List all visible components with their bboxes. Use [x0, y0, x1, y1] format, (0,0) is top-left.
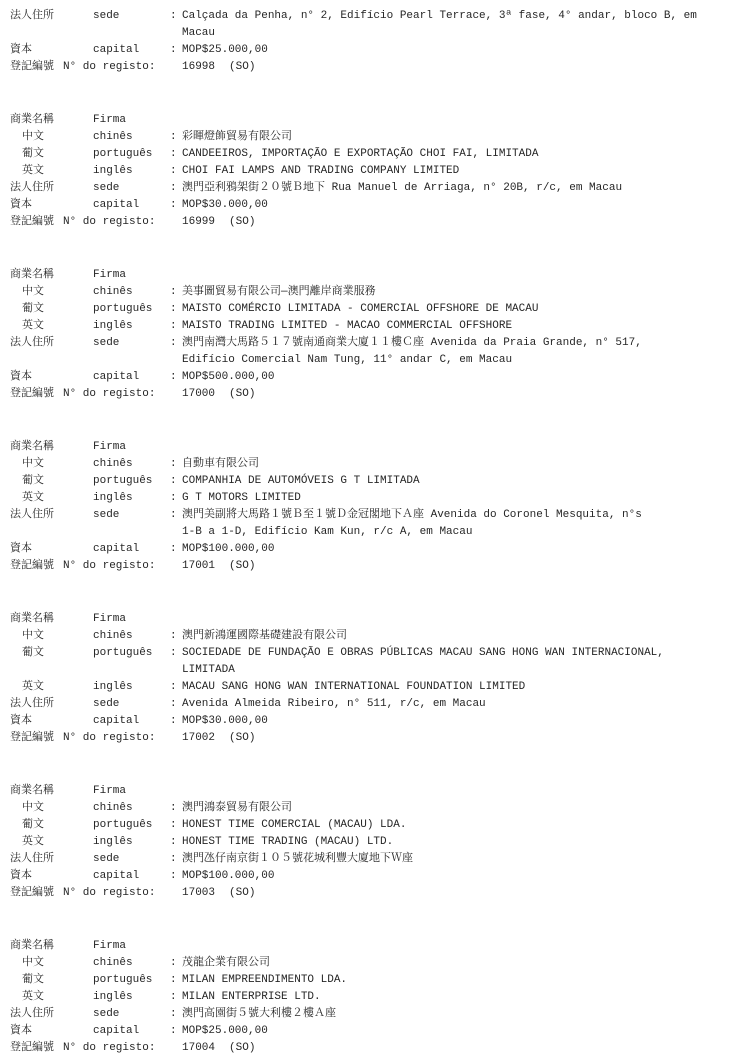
label-portuguese-pt: português	[93, 473, 170, 490]
label-business-name-zh: 商業名稱	[0, 112, 93, 129]
label-registration-pt: N° do registo:	[63, 1040, 182, 1054]
colon: :	[170, 284, 182, 301]
registration-number: 17001	[182, 560, 215, 572]
label-chinese-zh: 中文	[0, 955, 93, 972]
address-row: 法人住所 sede : 澳門南灣大馬路５１７號南通商業大廈１１樓Ｃ座 Aveni…	[0, 335, 736, 369]
colon: :	[170, 180, 182, 197]
english-name-row: 英文 inglês : MILAN ENTERPRISE LTD.	[0, 989, 736, 1006]
capital-value: MOP$100.000,00	[182, 868, 736, 885]
registration-value: 17001(SO)	[182, 558, 736, 575]
label-english-zh: 英文	[0, 318, 93, 335]
capital-row: 資本 capital : MOP$100.000,00	[0, 868, 736, 885]
registration-value: 17004(SO)	[182, 1040, 736, 1054]
label-business-name-pt: Firma	[93, 439, 170, 456]
label-address-pt: sede	[93, 8, 170, 25]
label-business-name-pt: Firma	[93, 783, 170, 800]
english-name-value: MILAN ENTERPRISE LTD.	[182, 989, 736, 1006]
colon: :	[170, 628, 182, 645]
registration-number: 16999	[182, 216, 215, 228]
label-english-zh: 英文	[0, 163, 93, 180]
registration-number: 16998	[182, 61, 215, 73]
colon: :	[170, 8, 182, 25]
label-address-zh: 法人住所	[0, 8, 93, 25]
registration-suffix: (SO)	[229, 1042, 255, 1054]
label-portuguese-pt: português	[93, 645, 170, 662]
label-registration-pt: N° do registo:	[63, 558, 182, 575]
label-business-name-pt: Firma	[93, 611, 170, 628]
address-row: 法人住所 sede : 澳門氹仔南京街１０５號花城利豐大廈地下Ｗ座	[0, 851, 736, 868]
colon: :	[170, 129, 182, 146]
label-registration-pt: N° do registo:	[63, 214, 182, 231]
registration-row: 登記編號 N° do registo: 16999(SO)	[0, 214, 736, 231]
label-english-zh: 英文	[0, 989, 93, 1006]
colon: :	[170, 955, 182, 972]
label-capital-zh: 資本	[0, 713, 93, 730]
label-registration-pt: N° do registo:	[63, 386, 182, 403]
chinese-name-row: 中文 chinês : 美事圖貿易有限公司—澳門離岸商業服務	[0, 284, 736, 301]
label-chinese-pt: chinês	[93, 129, 170, 146]
colon: :	[170, 696, 182, 713]
label-chinese-zh: 中文	[0, 456, 93, 473]
address-value: 澳門南灣大馬路５１７號南通商業大廈１１樓Ｃ座 Avenida da Praia …	[182, 335, 736, 369]
chinese-name-value: 自動車有限公司	[182, 456, 736, 473]
label-registration-zh: 登記編號	[0, 1040, 63, 1054]
registry-entry-partial: 法人住所 sede : Calçada da Penha, n° 2, Edif…	[0, 8, 736, 76]
label-address-pt: sede	[93, 507, 170, 524]
label-portuguese-pt: português	[93, 972, 170, 989]
english-name-value: MACAU SANG HONG WAN INTERNATIONAL FOUNDA…	[182, 679, 736, 696]
label-capital-zh: 資本	[0, 197, 93, 214]
label-chinese-zh: 中文	[0, 800, 93, 817]
label-capital-zh: 資本	[0, 42, 93, 59]
label-portuguese-zh: 葡文	[0, 817, 93, 834]
address-value: 澳門氹仔南京街１０５號花城利豐大廈地下Ｗ座	[182, 851, 736, 868]
registration-number: 17004	[182, 1042, 215, 1054]
label-business-name-zh: 商業名稱	[0, 611, 93, 628]
registration-row: 登記編號 N° do registo: 17002(SO)	[0, 730, 736, 747]
portuguese-name-value: CANDEEIROS, IMPORTAÇÃO E EXPORTAÇÃO CHOI…	[182, 146, 736, 163]
capital-row: 資本 capital : MOP$25.000,00	[0, 42, 736, 59]
business-name-row: 商業名稱 Firma	[0, 938, 736, 955]
business-name-row: 商業名稱 Firma	[0, 112, 736, 129]
english-name-row: 英文 inglês : CHOI FAI LAMPS AND TRADING C…	[0, 163, 736, 180]
colon: :	[170, 456, 182, 473]
colon: :	[170, 490, 182, 507]
chinese-name-row: 中文 chinês : 茂龍企業有限公司	[0, 955, 736, 972]
registration-value: 16998(SO)	[182, 59, 736, 76]
portuguese-name-row: 葡文 português : MAISTO COMÉRCIO LIMITADA …	[0, 301, 736, 318]
label-address-pt: sede	[93, 1006, 170, 1023]
colon: :	[170, 679, 182, 696]
registry-page: 法人住所 sede : Calçada da Penha, n° 2, Edif…	[0, 0, 736, 1054]
business-name-row: 商業名稱 Firma	[0, 783, 736, 800]
portuguese-name-row: 葡文 português : CANDEEIROS, IMPORTAÇÃO E …	[0, 146, 736, 163]
portuguese-name-row: 葡文 português : MILAN EMPREENDIMENTO LDA.	[0, 972, 736, 989]
registry-entry: 商業名稱 Firma 中文 chinês : 彩暉燈飾貿易有限公司 葡文 por…	[0, 112, 736, 231]
registration-suffix: (SO)	[229, 887, 255, 899]
label-registration-zh: 登記編號	[0, 558, 63, 575]
colon: :	[170, 851, 182, 868]
capital-value: MOP$25.000,00	[182, 1023, 736, 1040]
label-english-pt: inglês	[93, 679, 170, 696]
capital-row: 資本 capital : MOP$30.000,00	[0, 197, 736, 214]
registration-row: 登記編號 N° do registo: 17004(SO)	[0, 1040, 736, 1054]
label-capital-pt: capital	[93, 1023, 170, 1040]
label-address-pt: sede	[93, 696, 170, 713]
label-portuguese-pt: português	[93, 146, 170, 163]
colon: :	[170, 1023, 182, 1040]
capital-value: MOP$25.000,00	[182, 42, 736, 59]
colon: :	[170, 369, 182, 386]
label-address-zh: 法人住所	[0, 851, 93, 868]
registration-value: 16999(SO)	[182, 214, 736, 231]
english-name-value: MAISTO TRADING LIMITED - MACAO COMMERCIA…	[182, 318, 736, 335]
registration-row: 登記編號 N° do registo: 16998(SO)	[0, 59, 736, 76]
colon: :	[170, 1006, 182, 1023]
address-row: 法人住所 sede : 澳門高園街５號大利樓２樓Ａ座	[0, 1006, 736, 1023]
chinese-name-row: 中文 chinês : 自動車有限公司	[0, 456, 736, 473]
address-row: 法人住所 sede : 澳門亞利鴉架街２０號Ｂ地下 Rua Manuel de …	[0, 180, 736, 197]
portuguese-name-value: HONEST TIME COMERCIAL (MACAU) LDA.	[182, 817, 736, 834]
label-address-zh: 法人住所	[0, 180, 93, 197]
registry-entry: 商業名稱 Firma 中文 chinês : 澳門鴻泰貿易有限公司 葡文 por…	[0, 783, 736, 902]
portuguese-name-value: COMPANHIA DE AUTOMÓVEIS G T LIMITADA	[182, 473, 736, 490]
address-row: 法人住所 sede : 澳門美副將大馬路１號Ｂ至１號Ｄ金冠閣地下Ａ座 Aveni…	[0, 507, 736, 541]
label-registration-zh: 登記編號	[0, 885, 63, 902]
label-portuguese-pt: português	[93, 301, 170, 318]
label-english-zh: 英文	[0, 490, 93, 507]
label-registration-pt: N° do registo:	[63, 59, 182, 76]
address-row: 法人住所 sede : Calçada da Penha, n° 2, Edif…	[0, 8, 736, 42]
colon: :	[170, 507, 182, 524]
registration-number: 17000	[182, 388, 215, 400]
registry-entries: 商業名稱 Firma 中文 chinês : 彩暉燈飾貿易有限公司 葡文 por…	[0, 112, 736, 1054]
label-business-name-pt: Firma	[93, 112, 170, 129]
label-portuguese-zh: 葡文	[0, 473, 93, 490]
label-registration-zh: 登記編號	[0, 214, 63, 231]
colon: :	[170, 868, 182, 885]
address-value: 澳門美副將大馬路１號Ｂ至１號Ｄ金冠閣地下Ａ座 Avenida do Corone…	[182, 507, 736, 541]
colon: :	[170, 146, 182, 163]
address-row: 法人住所 sede : Avenida Almeida Ribeiro, n° …	[0, 696, 736, 713]
label-business-name-zh: 商業名稱	[0, 439, 93, 456]
chinese-name-row: 中文 chinês : 澳門鴻泰貿易有限公司	[0, 800, 736, 817]
address-value: 澳門亞利鴉架街２０號Ｂ地下 Rua Manuel de Arriaga, n° …	[182, 180, 736, 197]
label-chinese-pt: chinês	[93, 456, 170, 473]
label-address-zh: 法人住所	[0, 507, 93, 524]
colon: :	[170, 713, 182, 730]
label-portuguese-zh: 葡文	[0, 146, 93, 163]
label-address-pt: sede	[93, 335, 170, 352]
registration-suffix: (SO)	[229, 216, 255, 228]
registry-entry: 商業名稱 Firma 中文 chinês : 自動車有限公司 葡文 portug…	[0, 439, 736, 575]
colon: :	[170, 163, 182, 180]
portuguese-name-row: 葡文 português : HONEST TIME COMERCIAL (MA…	[0, 817, 736, 834]
label-chinese-pt: chinês	[93, 284, 170, 301]
label-english-pt: inglês	[93, 318, 170, 335]
label-chinese-zh: 中文	[0, 129, 93, 146]
registration-suffix: (SO)	[229, 388, 255, 400]
label-english-zh: 英文	[0, 834, 93, 851]
label-english-pt: inglês	[93, 834, 170, 851]
portuguese-name-value: SOCIEDADE DE FUNDAÇÃO E OBRAS PÚBLICAS M…	[182, 645, 736, 679]
english-name-value: G T MOTORS LIMITED	[182, 490, 736, 507]
label-portuguese-pt: português	[93, 817, 170, 834]
registry-entry: 商業名稱 Firma 中文 chinês : 美事圖貿易有限公司—澳門離岸商業服…	[0, 267, 736, 403]
label-registration-pt: N° do registo:	[63, 885, 182, 902]
label-portuguese-zh: 葡文	[0, 301, 93, 318]
capital-row: 資本 capital : MOP$30.000,00	[0, 713, 736, 730]
chinese-name-value: 美事圖貿易有限公司—澳門離岸商業服務	[182, 284, 736, 301]
english-name-row: 英文 inglês : G T MOTORS LIMITED	[0, 490, 736, 507]
registration-value: 17000(SO)	[182, 386, 736, 403]
capital-value: MOP$500.000,00	[182, 369, 736, 386]
registration-suffix: (SO)	[229, 732, 255, 744]
colon: :	[170, 42, 182, 59]
registry-entry: 商業名稱 Firma 中文 chinês : 澳門新鴻運國際基礎建設有限公司 葡…	[0, 611, 736, 747]
label-chinese-zh: 中文	[0, 628, 93, 645]
registration-number: 17002	[182, 732, 215, 744]
colon: :	[170, 645, 182, 662]
registration-suffix: (SO)	[229, 61, 255, 73]
address-value: 澳門高園街５號大利樓２樓Ａ座	[182, 1006, 736, 1023]
colon: :	[170, 972, 182, 989]
business-name-row: 商業名稱 Firma	[0, 611, 736, 628]
colon: :	[170, 989, 182, 1006]
colon: :	[170, 197, 182, 214]
english-name-row: 英文 inglês : MACAU SANG HONG WAN INTERNAT…	[0, 679, 736, 696]
colon: :	[170, 800, 182, 817]
portuguese-name-value: MAISTO COMÉRCIO LIMITADA - COMERCIAL OFF…	[182, 301, 736, 318]
label-capital-zh: 資本	[0, 541, 93, 558]
capital-value: MOP$100.000,00	[182, 541, 736, 558]
label-chinese-zh: 中文	[0, 284, 93, 301]
label-capital-pt: capital	[93, 42, 170, 59]
registration-row: 登記編號 N° do registo: 17003(SO)	[0, 885, 736, 902]
colon: :	[170, 473, 182, 490]
label-capital-pt: capital	[93, 868, 170, 885]
capital-row: 資本 capital : MOP$100.000,00	[0, 541, 736, 558]
registration-number: 17003	[182, 887, 215, 899]
colon: :	[170, 817, 182, 834]
label-english-pt: inglês	[93, 163, 170, 180]
label-capital-pt: capital	[93, 369, 170, 386]
capital-value: MOP$30.000,00	[182, 713, 736, 730]
label-registration-zh: 登記編號	[0, 730, 63, 747]
colon: :	[170, 335, 182, 352]
registration-row: 登記編號 N° do registo: 17000(SO)	[0, 386, 736, 403]
label-business-name-zh: 商業名稱	[0, 783, 93, 800]
label-english-pt: inglês	[93, 989, 170, 1006]
label-address-zh: 法人住所	[0, 1006, 93, 1023]
portuguese-name-row: 葡文 português : COMPANHIA DE AUTOMÓVEIS G…	[0, 473, 736, 490]
label-address-pt: sede	[93, 851, 170, 868]
label-portuguese-zh: 葡文	[0, 972, 93, 989]
english-name-value: CHOI FAI LAMPS AND TRADING COMPANY LIMIT…	[182, 163, 736, 180]
registration-value: 17002(SO)	[182, 730, 736, 747]
label-capital-pt: capital	[93, 197, 170, 214]
portuguese-name-row: 葡文 português : SOCIEDADE DE FUNDAÇÃO E O…	[0, 645, 736, 679]
business-name-row: 商業名稱 Firma	[0, 439, 736, 456]
capital-row: 資本 capital : MOP$25.000,00	[0, 1023, 736, 1040]
colon: :	[170, 541, 182, 558]
chinese-name-value: 彩暉燈飾貿易有限公司	[182, 129, 736, 146]
colon: :	[170, 318, 182, 335]
chinese-name-value: 茂龍企業有限公司	[182, 955, 736, 972]
capital-row: 資本 capital : MOP$500.000,00	[0, 369, 736, 386]
label-capital-zh: 資本	[0, 369, 93, 386]
label-registration-zh: 登記編號	[0, 59, 63, 76]
chinese-name-value: 澳門新鴻運國際基礎建設有限公司	[182, 628, 736, 645]
chinese-name-value: 澳門鴻泰貿易有限公司	[182, 800, 736, 817]
label-registration-pt: N° do registo:	[63, 730, 182, 747]
registry-entry: 商業名稱 Firma 中文 chinês : 茂龍企業有限公司 葡文 portu…	[0, 938, 736, 1054]
label-address-zh: 法人住所	[0, 696, 93, 713]
label-business-name-pt: Firma	[93, 938, 170, 955]
label-address-pt: sede	[93, 180, 170, 197]
colon: :	[170, 301, 182, 318]
label-portuguese-zh: 葡文	[0, 645, 93, 662]
registration-row: 登記編號 N° do registo: 17001(SO)	[0, 558, 736, 575]
chinese-name-row: 中文 chinês : 彩暉燈飾貿易有限公司	[0, 129, 736, 146]
registration-suffix: (SO)	[229, 560, 255, 572]
label-capital-zh: 資本	[0, 1023, 93, 1040]
label-capital-zh: 資本	[0, 868, 93, 885]
registration-value: 17003(SO)	[182, 885, 736, 902]
label-chinese-pt: chinês	[93, 955, 170, 972]
english-name-row: 英文 inglês : MAISTO TRADING LIMITED - MAC…	[0, 318, 736, 335]
label-business-name-zh: 商業名稱	[0, 267, 93, 284]
label-business-name-zh: 商業名稱	[0, 938, 93, 955]
label-english-zh: 英文	[0, 679, 93, 696]
business-name-row: 商業名稱 Firma	[0, 267, 736, 284]
english-name-value: HONEST TIME TRADING (MACAU) LTD.	[182, 834, 736, 851]
label-address-zh: 法人住所	[0, 335, 93, 352]
address-value: Avenida Almeida Ribeiro, n° 511, r/c, em…	[182, 696, 736, 713]
portuguese-name-value: MILAN EMPREENDIMENTO LDA.	[182, 972, 736, 989]
capital-value: MOP$30.000,00	[182, 197, 736, 214]
chinese-name-row: 中文 chinês : 澳門新鴻運國際基礎建設有限公司	[0, 628, 736, 645]
english-name-row: 英文 inglês : HONEST TIME TRADING (MACAU) …	[0, 834, 736, 851]
label-registration-zh: 登記編號	[0, 386, 63, 403]
address-value: Calçada da Penha, n° 2, Edifício Pearl T…	[182, 8, 736, 42]
label-capital-pt: capital	[93, 713, 170, 730]
label-capital-pt: capital	[93, 541, 170, 558]
label-business-name-pt: Firma	[93, 267, 170, 284]
colon: :	[170, 834, 182, 851]
label-english-pt: inglês	[93, 490, 170, 507]
label-chinese-pt: chinês	[93, 628, 170, 645]
label-chinese-pt: chinês	[93, 800, 170, 817]
